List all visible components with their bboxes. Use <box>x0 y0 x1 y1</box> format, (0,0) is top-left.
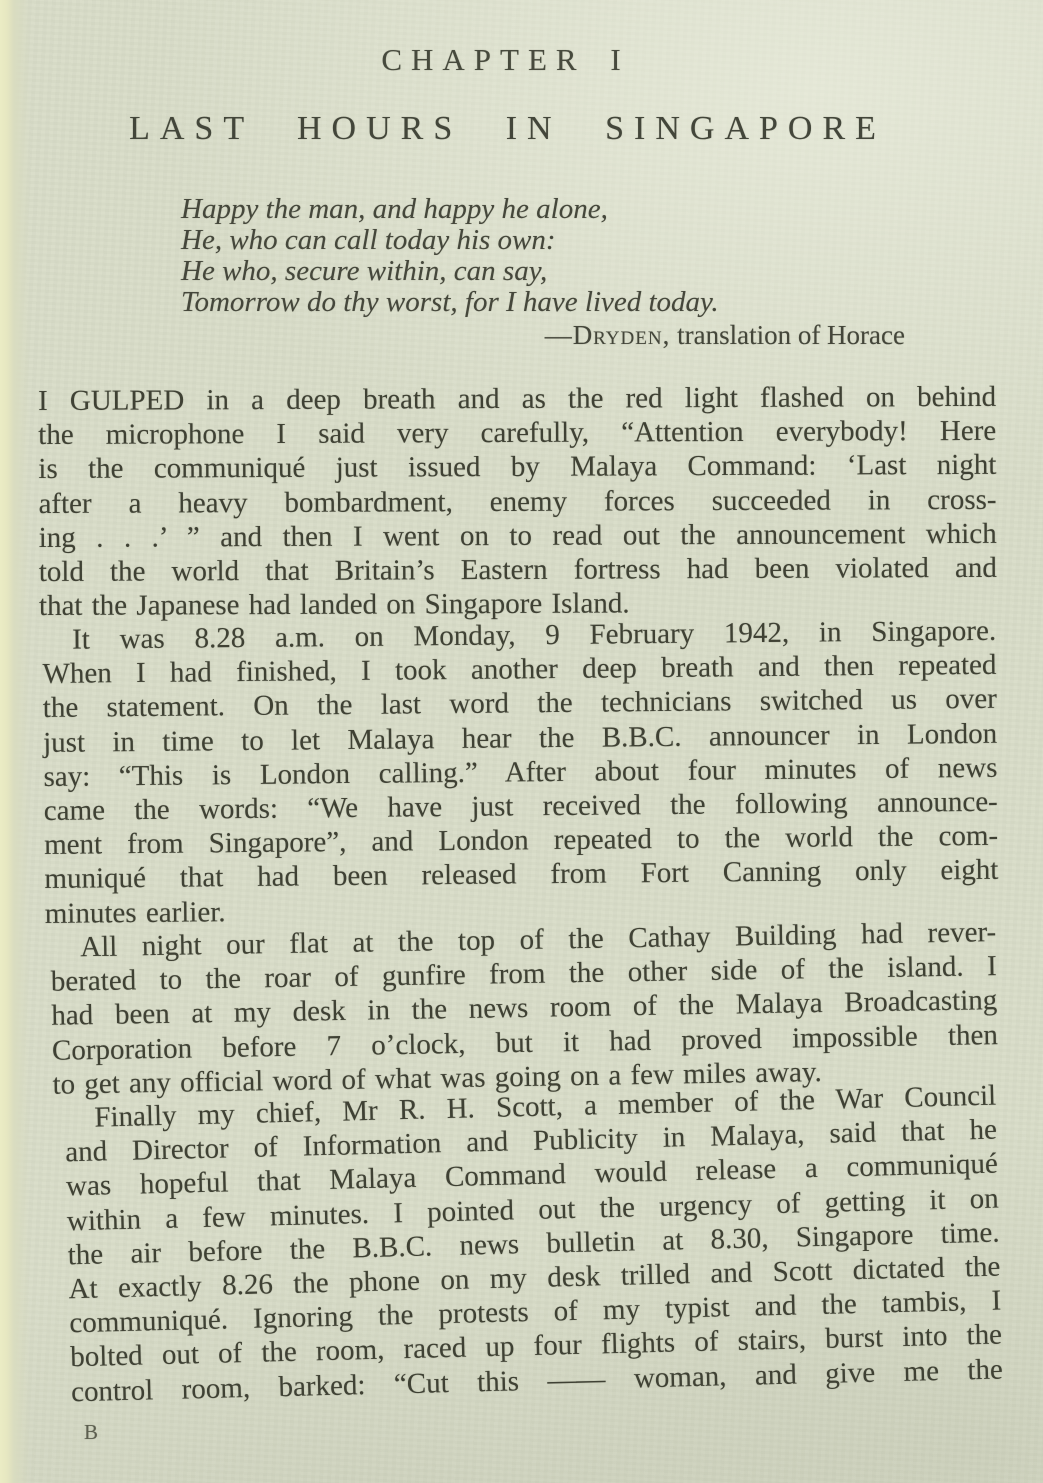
body-line: told the world that Britain’s Eastern fo… <box>39 551 997 589</box>
chapter-heading: CHAPTER I <box>0 42 1027 78</box>
body-line: is the communiqué just issued by Malaya … <box>38 448 996 486</box>
attribution-author: —Dryden, <box>545 320 671 350</box>
body-line: after a heavy bombardment, enemy forces … <box>38 482 996 520</box>
epigraph-attribution: —Dryden, translation of Horace <box>0 320 905 351</box>
body-text: I GULPED in a deep breath and as the red… <box>38 384 996 1410</box>
paragraph: All night our flat at the top of the Cat… <box>38 915 999 1102</box>
body-line: I GULPED in a deep breath and as the red… <box>38 380 996 418</box>
body-line: ing . . .’ ” and then I went on to read … <box>39 517 997 555</box>
book-page: CHAPTER I LAST HOURS IN SINGAPORE Happy … <box>0 0 1043 1483</box>
epigraph-line: He who, secure within, can say, <box>181 256 983 287</box>
attribution-rest: translation of Horace <box>670 320 905 350</box>
body-line: the microphone I said very carefully, “A… <box>38 414 996 452</box>
page-gutter-shadow <box>0 0 30 1483</box>
epigraph: Happy the man, and happy he alone,He, wh… <box>181 194 983 318</box>
paragraph: Finally my chief, Mr R. H. Scott, a memb… <box>38 1079 1003 1410</box>
chapter-title: LAST HOURS IN SINGAPORE <box>0 110 1029 148</box>
paragraph: It was 8.28 a.m. on Monday, 9 February 1… <box>38 614 999 931</box>
epigraph-line: Tomorrow do thy worst, for I have lived … <box>181 287 983 318</box>
epigraph-line: Happy the man, and happy he alone, <box>181 194 983 225</box>
signature-mark: B <box>84 1420 99 1445</box>
epigraph-line: He, who can call today his own: <box>181 225 983 256</box>
paragraph: I GULPED in a deep breath and as the red… <box>38 380 997 624</box>
